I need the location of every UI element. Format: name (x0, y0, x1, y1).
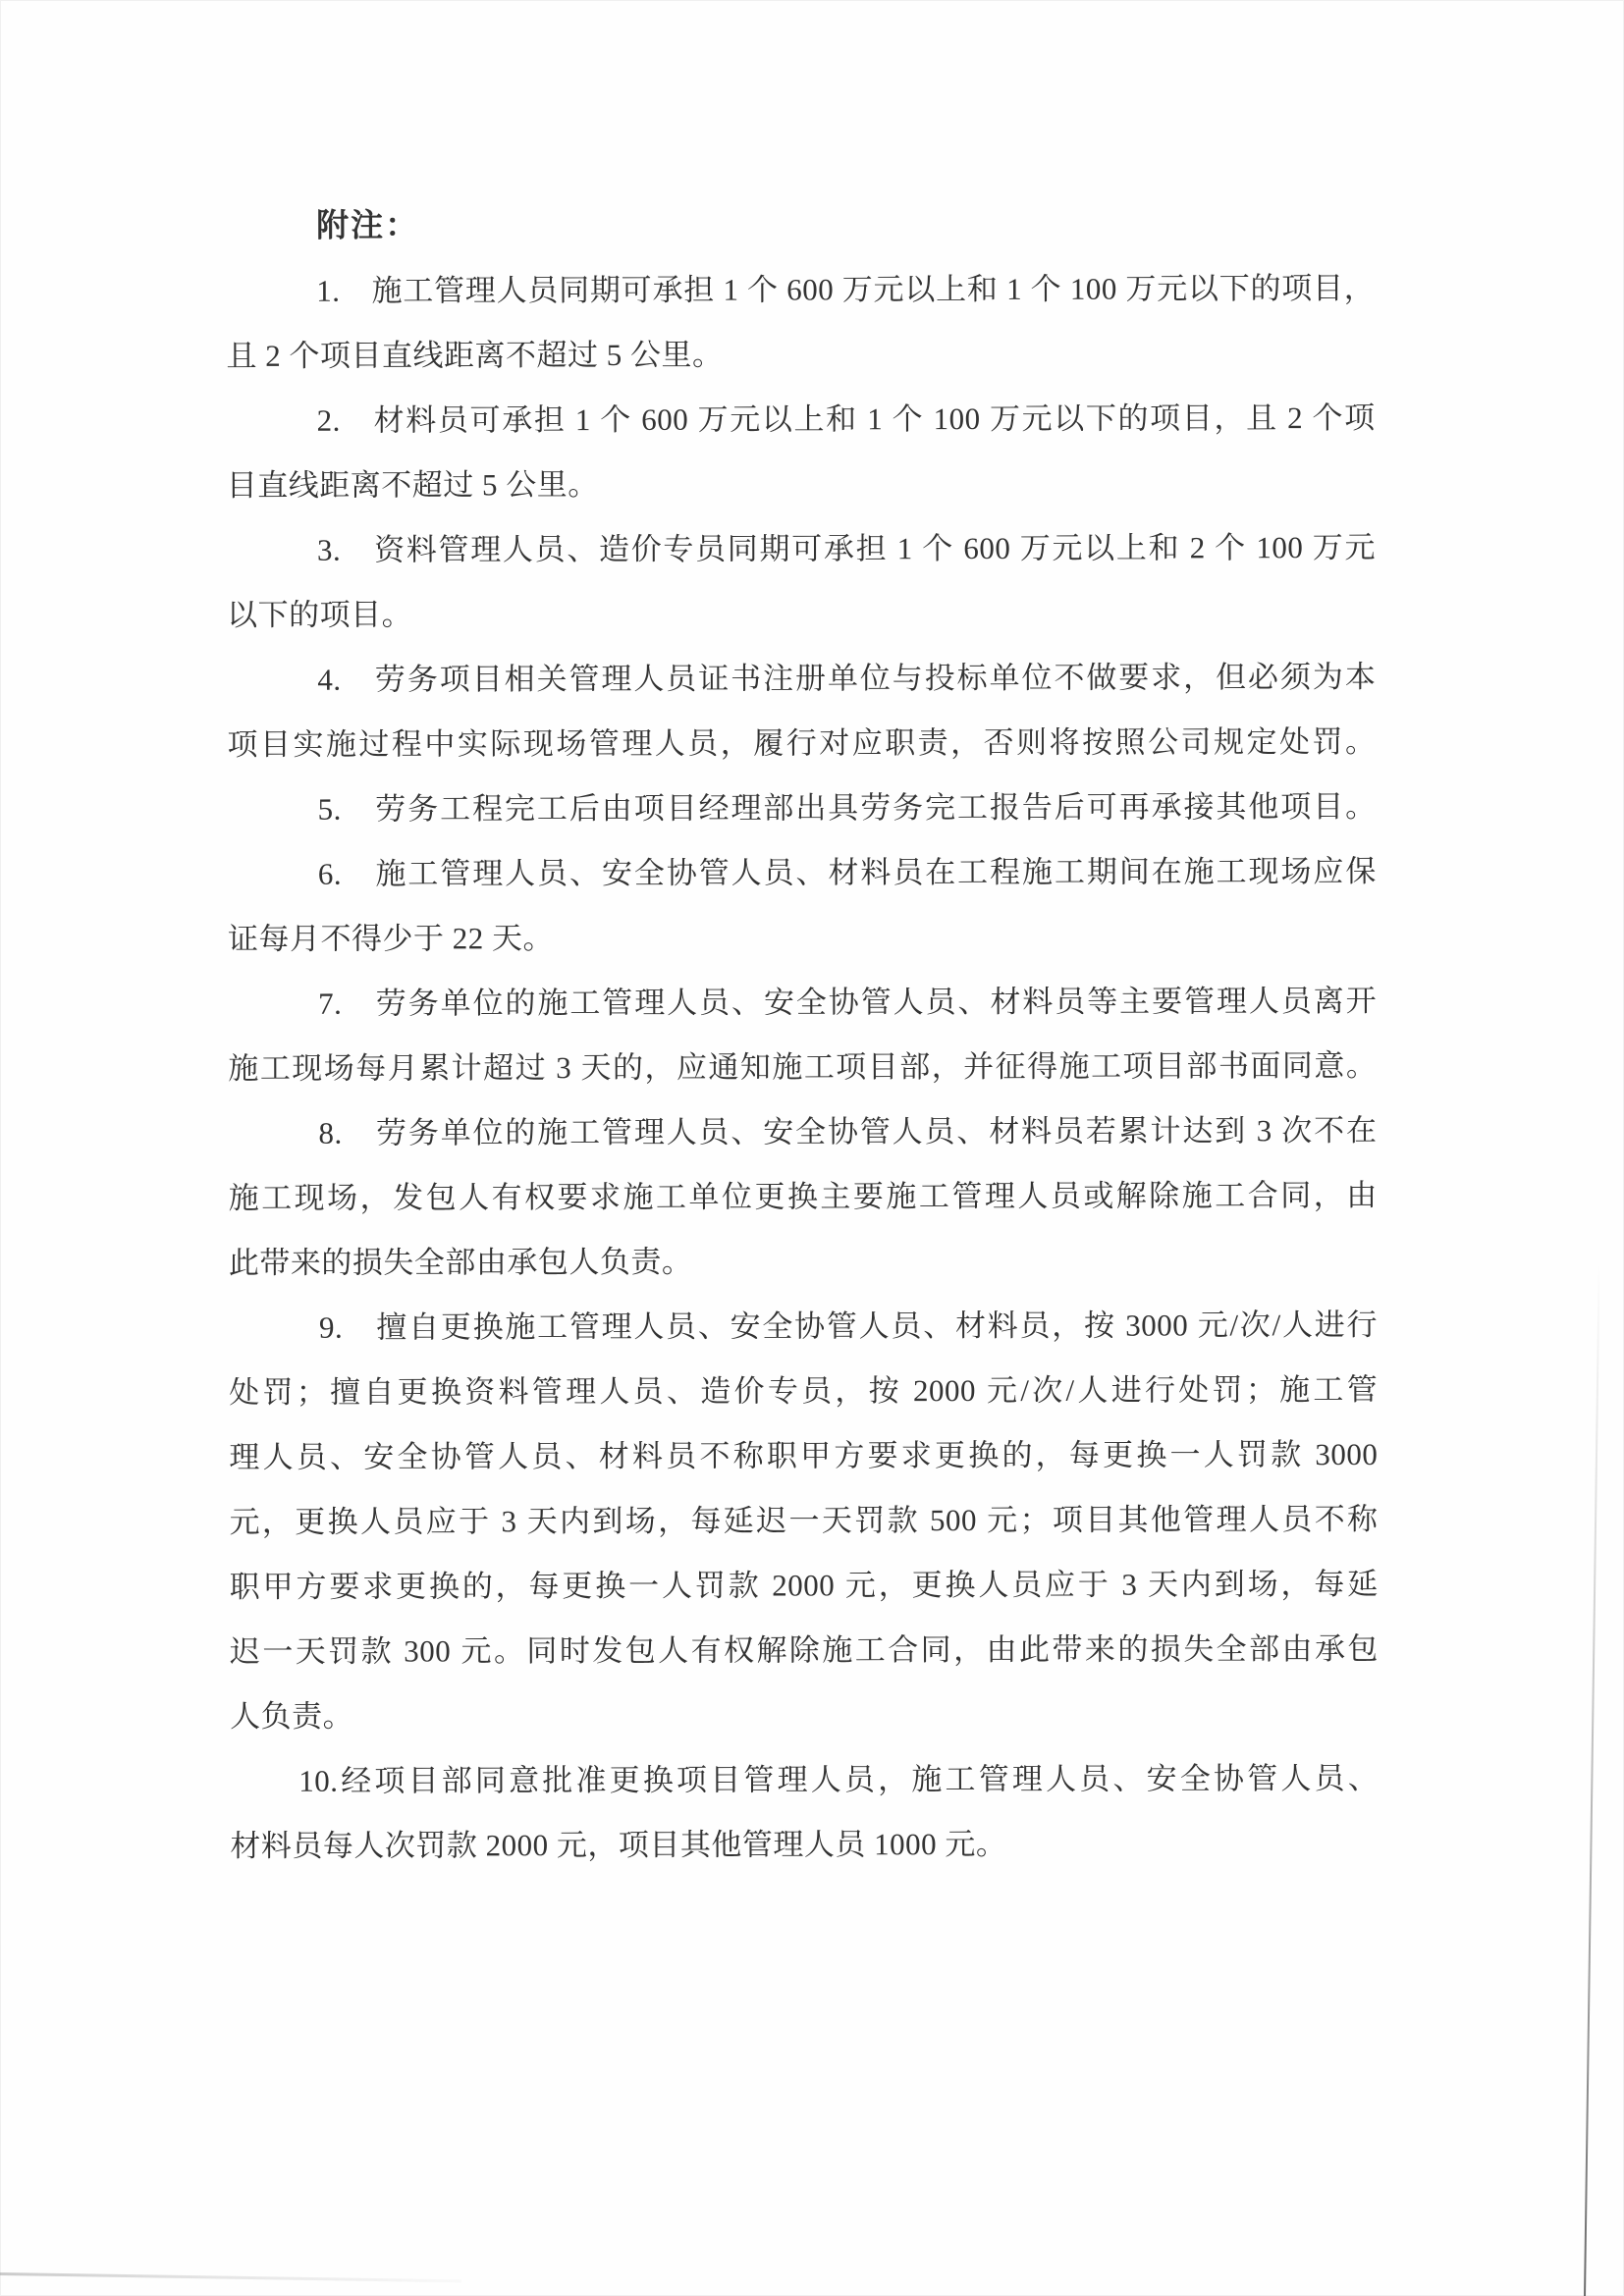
note-line: 理人员、安全协管人员、材料员不称职甲方要求更换的，每更换一人罚款 3000 (229, 1422, 1378, 1490)
note-line: 8. 劳务单位的施工管理人员、安全协管人员、材料员若累计达到 3 次不在 (228, 1098, 1377, 1166)
note-line: 职甲方要求更换的，每更换一人罚款 2000 元，更换人员应于 3 天内到场，每延 (230, 1552, 1379, 1620)
note-line: 施工现场，发包人有权要求施工单位更换主要施工管理人员或解除施工合同，由 (229, 1163, 1378, 1231)
scan-artifact-vertical-line (1584, 1261, 1600, 2296)
note-line: 施工现场每月累计超过 3 天的，应通知施工项目部，并征得施工项目部书面同意。 (228, 1034, 1377, 1101)
note-line: 以下的项目。 (227, 580, 1376, 648)
note-line: 目直线距离不超过 5 公里。 (227, 451, 1376, 518)
note-line: 处罚；擅自更换资料管理人员、造价专员，按 2000 元/次/人进行处罚；施工管 (229, 1358, 1378, 1425)
note-line: 4. 劳务项目相关管理人员证书注册单位与投标单位不做要求，但必须为本 (227, 645, 1376, 713)
note-line: 9. 擅自更换施工管理人员、安全协管人员、材料员，按 3000 元/次/人进行 (229, 1293, 1378, 1361)
note-line: 1. 施工管理人员同期可承担 1 个 600 万元以上和 1 个 100 万元以… (226, 256, 1375, 324)
notes-heading: 附注： (226, 191, 1375, 259)
note-line: 人负责。 (230, 1682, 1379, 1749)
notes-section: 附注： 1. 施工管理人员同期可承担 1 个 600 万元以上和 1 个 100… (226, 191, 1379, 1879)
note-line: 3. 资料管理人员、造价专员同期可承担 1 个 600 万元以上和 2 个 10… (227, 515, 1376, 583)
note-line: 此带来的损失全部由承包人负责。 (229, 1228, 1378, 1296)
note-line: 2. 材料员可承担 1 个 600 万元以上和 1 个 100 万元以下的项目，… (227, 386, 1376, 454)
scan-artifact-bottom-smudge (0, 2272, 461, 2282)
note-line: 5. 劳务工程完工后由项目经理部出具劳务完工报告后可再承接其他项目。 (228, 774, 1377, 842)
note-line: 且 2 个项目直线距离不超过 5 公里。 (226, 321, 1375, 389)
note-line: 项目实施过程中实际现场管理人员，履行对应职责，否则将按照公司规定处罚。 (227, 710, 1376, 777)
note-line: 10.经项目部同意批准更换项目管理人员，施工管理人员、安全协管人员、 (230, 1746, 1379, 1814)
document-page: 附注： 1. 施工管理人员同期可承担 1 个 600 万元以上和 1 个 100… (0, 0, 1624, 2296)
note-line: 证每月不得少于 22 天。 (228, 904, 1377, 972)
note-line: 6. 施工管理人员、安全协管人员、材料员在工程施工期间在施工现场应保 (228, 839, 1377, 907)
note-line: 迟一天罚款 300 元。同时发包人有权解除施工合同，由此带来的损失全部由承包 (230, 1617, 1379, 1684)
note-line: 材料员每人次罚款 2000 元，项目其他管理人员 1000 元。 (230, 1811, 1379, 1879)
note-line: 7. 劳务单位的施工管理人员、安全协管人员、材料员等主要管理人员离开 (228, 969, 1377, 1037)
note-line: 元，更换人员应于 3 天内到场，每延迟一天罚款 500 元；项目其他管理人员不称 (229, 1487, 1378, 1555)
